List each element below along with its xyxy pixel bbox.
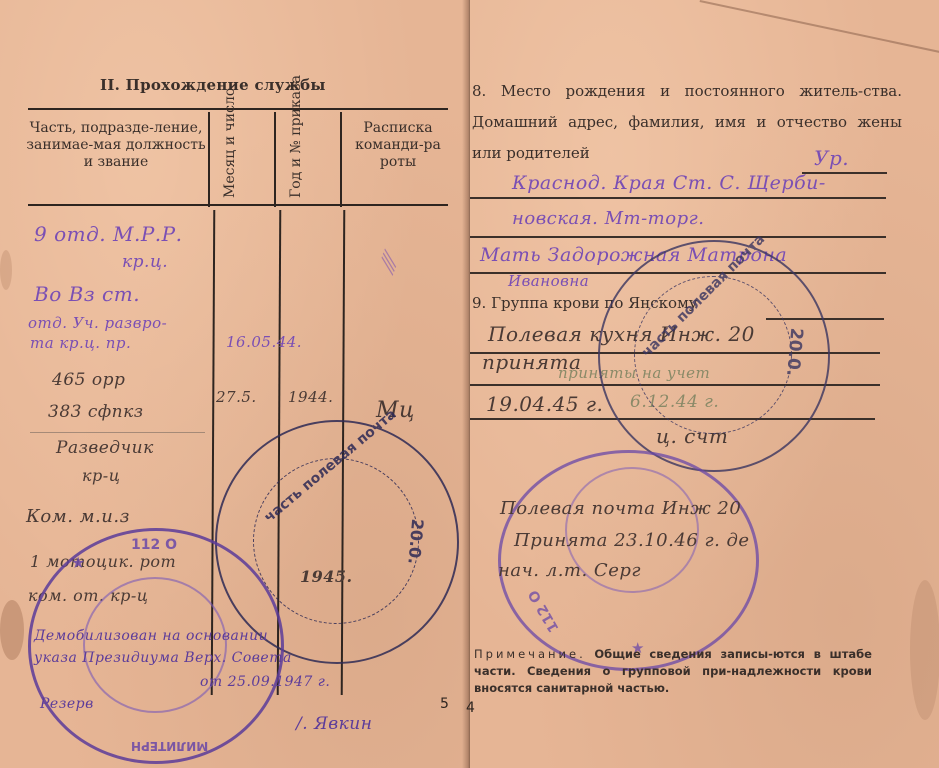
bottom-handwriting: Полевая почта Инж 20	[500, 498, 741, 519]
demob-note-line: указа Президиума Верх. Совета	[34, 650, 292, 666]
stamp-military-commissariat: 112 О ★ МИЛИТЕРН	[28, 528, 284, 764]
demob-note-line: Резерв	[40, 696, 94, 712]
left-page: II. Прохождение службы Часть, подразде-л…	[0, 0, 468, 768]
table-top-rule	[28, 108, 448, 110]
stamp-text: 112 О	[131, 537, 177, 553]
header-month-day: Месяц и число	[222, 114, 238, 198]
stamp-text: 112 О	[526, 587, 563, 635]
stamp-inner-ring	[253, 458, 419, 624]
q9-line: 19.04.45 г.	[486, 392, 603, 416]
bottom-handwriting: Принята 23.10.46 г. де	[514, 530, 750, 551]
header-commander-receipt: Расписка команди-ра роты	[346, 120, 450, 171]
entry-text: Разведчик	[56, 438, 154, 458]
stamp-number: 20.0.	[782, 327, 806, 377]
entry-text: Во Вз ст.	[34, 282, 140, 306]
entry-text: кр-ц	[82, 466, 120, 485]
violet-signature-mark: ⁄⁄⁄	[376, 252, 404, 272]
q8-line: Ур.	[814, 146, 849, 170]
bottom-handwriting: нач. л.т. Серг	[498, 560, 641, 581]
entry-text: 9 отд. М.Р.Р.	[34, 222, 182, 246]
col-divider	[340, 112, 342, 207]
date-text: 27.5.	[216, 388, 257, 406]
q8-line: новская. Мт-торг.	[512, 208, 704, 229]
stamp-inner-ring	[634, 276, 792, 434]
header-order: Год и № приказа	[288, 114, 304, 198]
entry-text: кр.ц.	[122, 252, 168, 272]
entry-text: 383 сфпкз	[48, 402, 144, 422]
bottom-signature: /. Явкин	[296, 714, 372, 734]
entry-text: 465 орр	[52, 370, 125, 390]
demob-note-line: Демобилизован на основании	[34, 628, 268, 644]
footnote: Примечание. Общие сведения записы-ются в…	[474, 646, 872, 697]
stamp-emblem	[83, 577, 227, 713]
stain	[0, 250, 12, 290]
star-icon: ★	[71, 553, 85, 572]
demob-note-line: от 25.09.1947 г.	[200, 674, 330, 690]
col-divider	[274, 112, 276, 207]
entry-text: Ком. м.и.з	[26, 506, 130, 527]
stamp-number: 20.0.	[404, 518, 427, 565]
stain	[910, 580, 939, 720]
write-line	[470, 236, 886, 238]
footnote-label: Примечание.	[474, 647, 586, 661]
stain	[0, 600, 24, 660]
date-text: 16.05.44.	[226, 333, 302, 351]
write-line	[470, 197, 886, 199]
stamp-field-post: часть полевая почта 20.0.	[598, 240, 830, 472]
page-number: 4	[466, 700, 475, 716]
stamp-text: МИЛИТЕРН	[131, 739, 208, 753]
q8-line: Краснод. Края Ст. С. Щерби-	[512, 172, 826, 194]
table-header-rule	[28, 204, 448, 206]
underline	[30, 432, 205, 433]
order-year: 1944.	[288, 388, 333, 406]
header-unit: Часть, подразде-ление, занимае-мая должн…	[26, 120, 206, 171]
col-divider	[208, 112, 210, 207]
page-number: 5	[440, 696, 449, 712]
entry-text: отд. Уч. развро-	[28, 314, 167, 332]
document-spread: II. Прохождение службы Часть, подразде-л…	[0, 0, 939, 768]
right-page: 8. Место рождения и постоянного житель-с…	[470, 0, 939, 768]
entry-text: та кр.ц. пр.	[30, 334, 131, 352]
